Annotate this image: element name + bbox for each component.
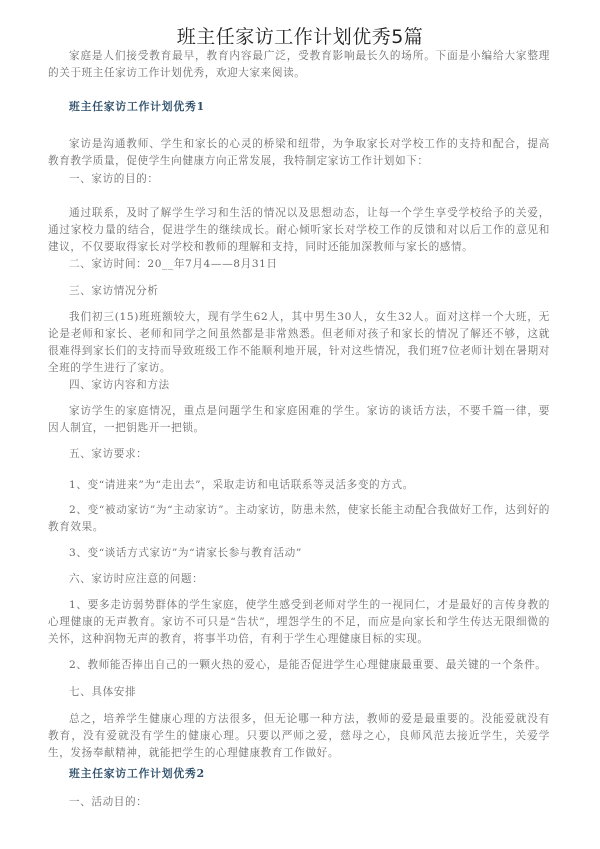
subheading-purpose: 一、家访的目的：: [69, 171, 159, 188]
paragraph: 我们初三(15)班班额较大，现有学生62人，其中男生30人，女生32人。面对这样…: [48, 309, 550, 377]
subheading-requirements: 五、家访要求：: [69, 446, 147, 463]
list-item: 1、要多走访弱势群体的学生家庭，使学生感受到老师对学生的一视同仁，才是最好的言传…: [48, 597, 550, 648]
subheading-content-method: 四、家访内容和方法: [69, 377, 170, 394]
subheading-arrangement: 七、具体安排: [69, 684, 136, 701]
subheading-analysis: 三、家访情况分析: [69, 283, 159, 300]
list-item: 2、变“被动家访”为“主动家访”。主动家访，防患未然，使家长能主动配合我做好工作…: [48, 502, 550, 536]
section-heading-1: 班主任家访工作计划优秀1: [69, 98, 205, 115]
document-title: 班主任家访工作计划优秀5篇: [0, 22, 600, 49]
paragraph: 家访是沟通教师、学生和家长的心灵的桥梁和纽带，为争取家长对学校工作的支持和配合，…: [48, 136, 550, 170]
subheading-notes: 六、家访时应注意的问题：: [69, 571, 203, 588]
list-item: 1、变“请进来”为“走出去”，采取走访和电话联系等灵活多变的方式。: [48, 477, 550, 494]
subheading-time: 二、家访时间：20__年7月4——8月31日: [69, 256, 278, 273]
intro-paragraph: 家庭是人们接受教育最早，教育内容最广泛，受教育影响最长久的场所。下面是小编给大家…: [48, 48, 550, 82]
paragraph: 家访学生的家庭情况，重点是问题学生和家庭困难的学生。家访的谈话方法，不要千篇一律…: [48, 403, 550, 437]
list-item: 3、变“谈话方式家访”为“请家长参与教育活动”: [48, 545, 550, 562]
list-item: 2、教师能否捧出自己的一颗火热的爱心，是能否促进学生心理健康最重要、最关键的一个…: [48, 657, 550, 674]
subheading-activity-purpose: 一、活动目的：: [69, 794, 147, 811]
paragraph: 通过联系，及时了解学生学习和生活的情况以及思想动态，让每一个学生享受学校给予的关…: [48, 205, 550, 256]
section-heading-2: 班主任家访工作计划优秀2: [69, 765, 205, 782]
document-page: 班主任家访工作计划优秀5篇 家庭是人们接受教育最早，教育内容最广泛，受教育影响最…: [0, 0, 600, 849]
paragraph: 总之，培养学生健康心理的方法很多，但无论哪一种方法，教师的爱是最重要的。没能爱就…: [48, 711, 550, 762]
